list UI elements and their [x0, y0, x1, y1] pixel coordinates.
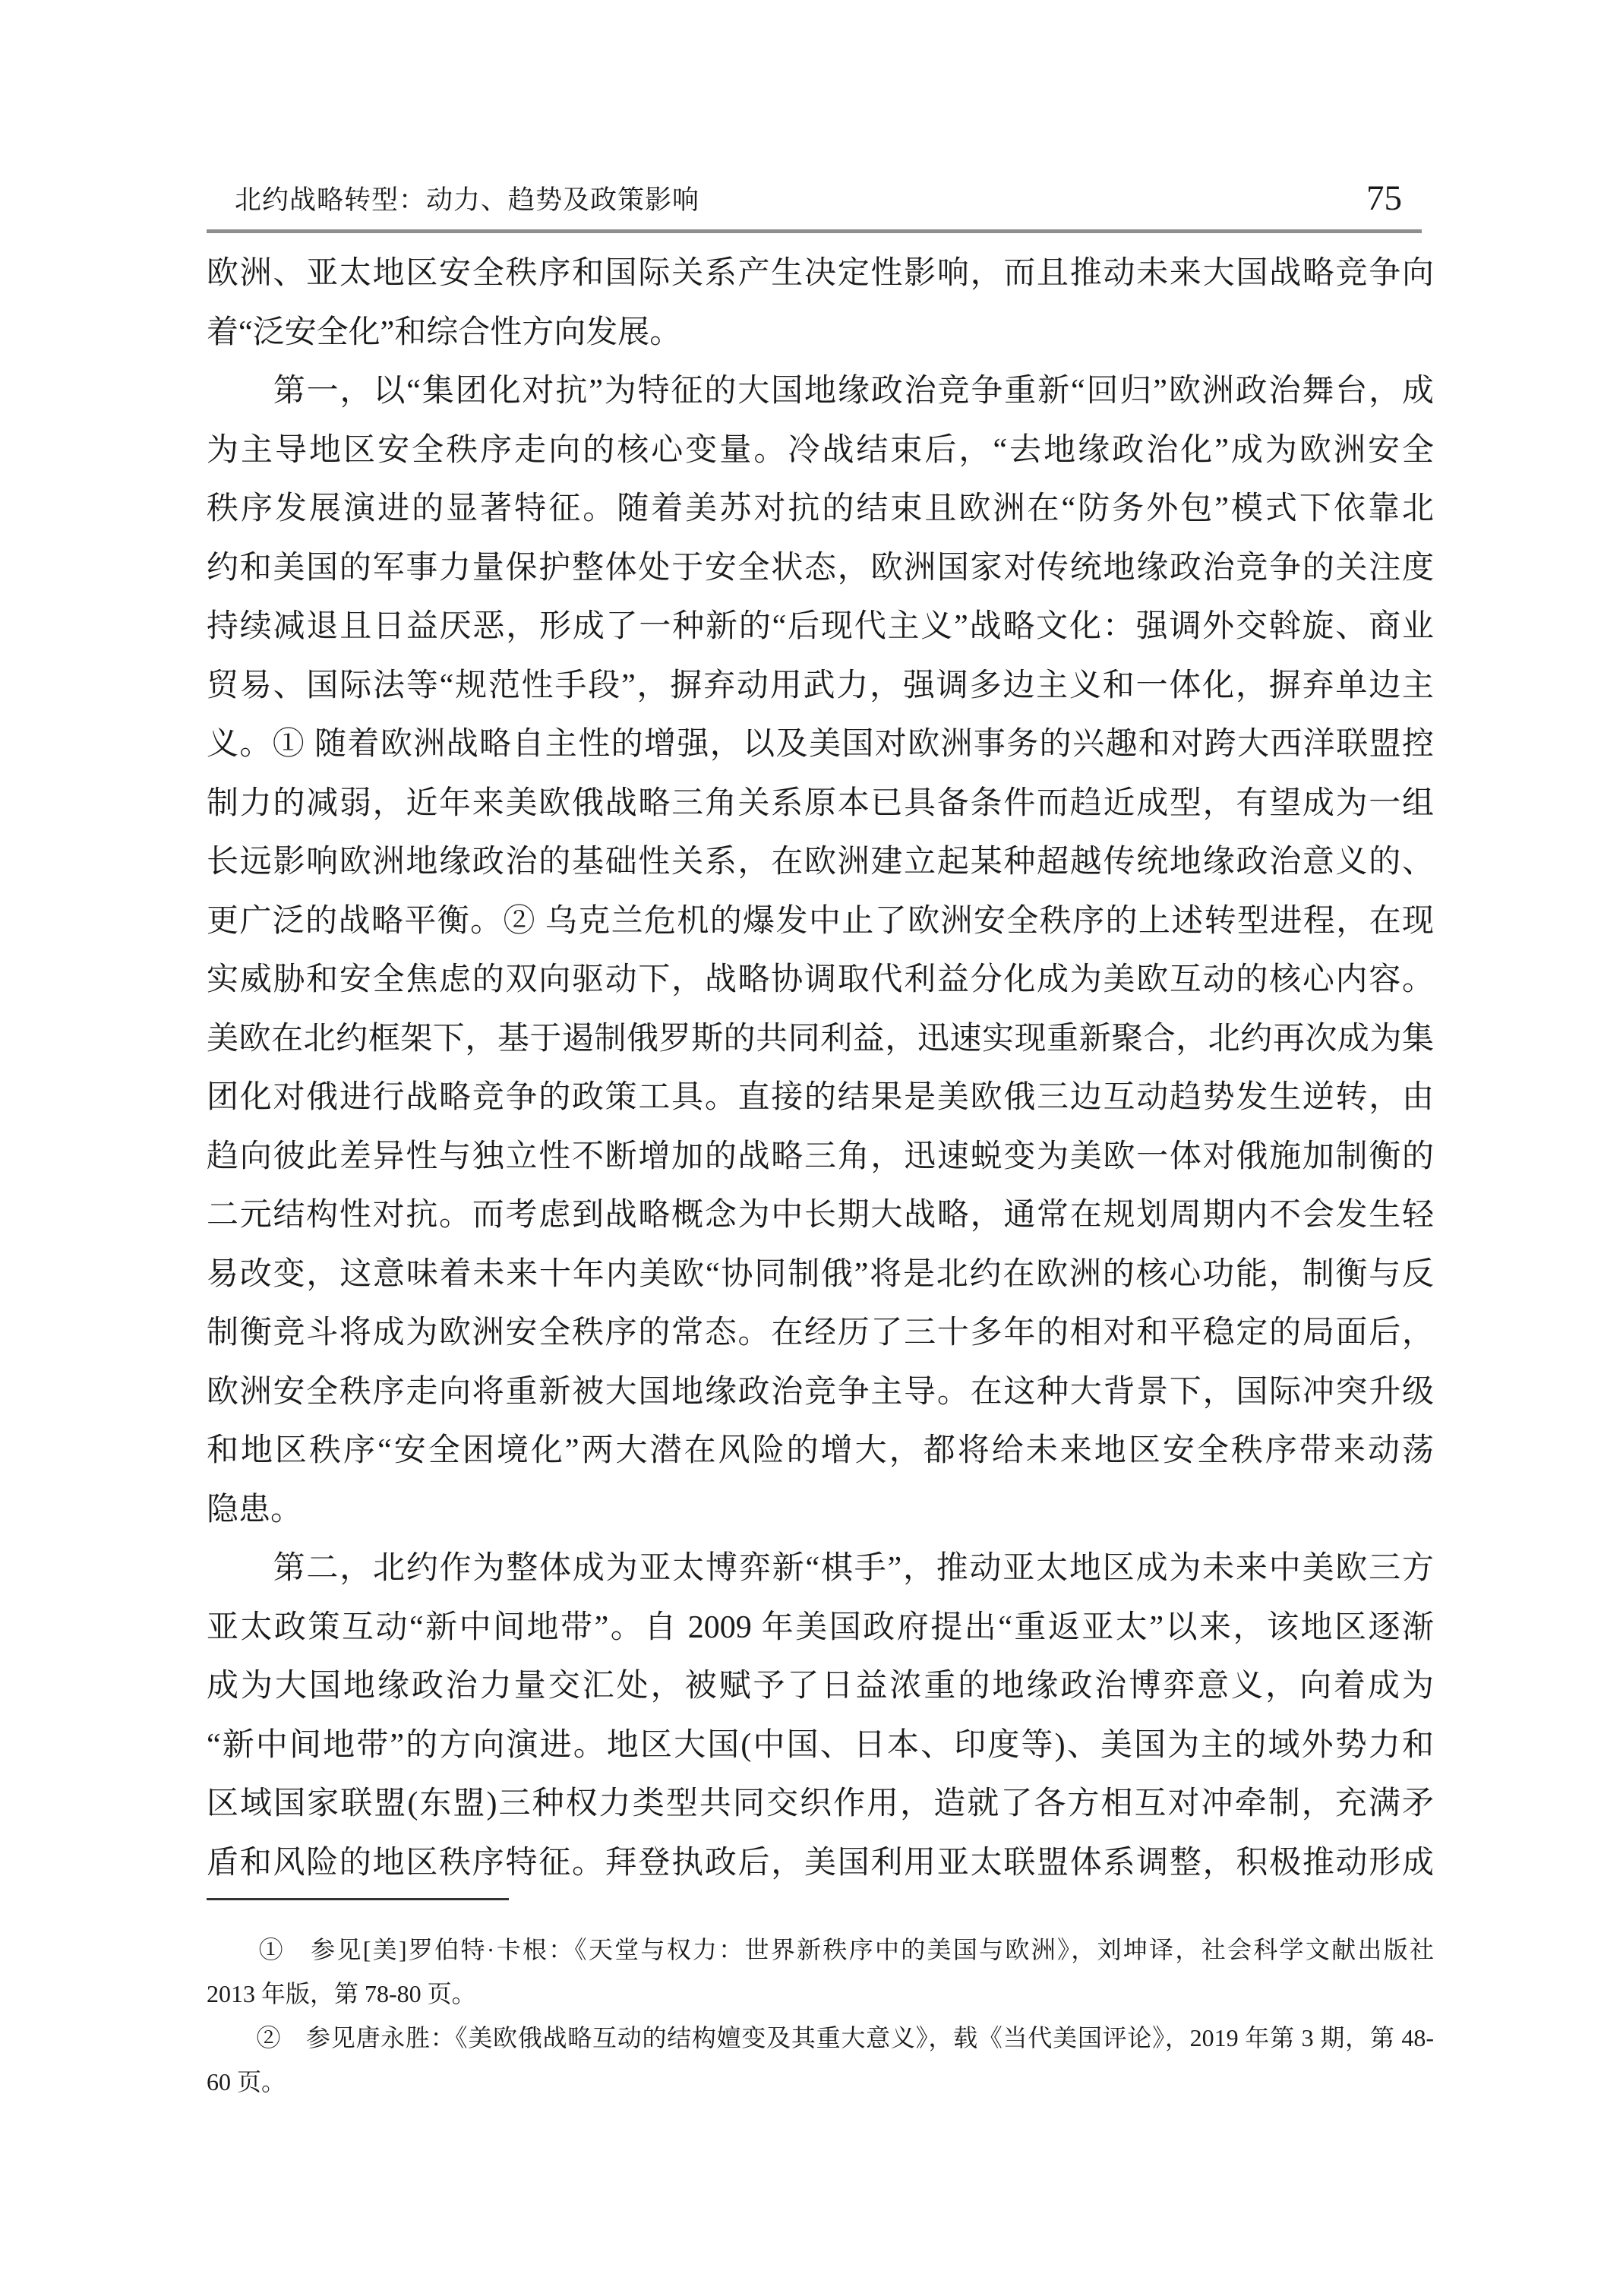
paragraph-line: 欧洲、亚太地区安全秩序和国际关系产生决定性影响，而且推动未来大国战略竞争向 — [207, 245, 1434, 304]
page-number: 75 — [1366, 181, 1434, 216]
paragraph-line: 趋向彼此差异性与独立性不断增加的战略三角，迅速蜕变为美欧一体对俄施加制衡的 — [207, 1128, 1434, 1187]
footnote-line: ① 参见[美]罗伯特·卡根：《天堂与权力：世界新秩序中的美国与欧洲》，刘坤译，社… — [207, 1928, 1434, 1972]
paragraph-line: 着“泛安全化”和综合性方向发展。 — [207, 304, 1434, 363]
paragraph-line: 团化对俄进行战略竞争的政策工具。直接的结果是美欧俄三边互动趋势发生逆转，由 — [207, 1069, 1434, 1128]
paragraph-line: 成为大国地缘政治力量交汇处，被赋予了日益浓重的地缘政治博弈意义，向着成为 — [207, 1657, 1434, 1716]
journal-page: 北约战略转型：动力、趋势及政策影响 75 欧洲、亚太地区安全秩序和国际关系产生决… — [0, 0, 1623, 2296]
paragraph-line: 盾和风险的地区秩序特征。拜登执政后，美国利用亚太联盟体系调整，积极推动形成 — [207, 1834, 1434, 1893]
paragraph-line: 贸易、国际法等“规范性手段”，摒弃动用武力，强调多边主义和一体化，摒弃单边主 — [207, 657, 1434, 716]
paragraph-line: 约和美国的军事力量保护整体处于安全状态，欧洲国家对传统地缘政治竞争的关注度 — [207, 539, 1434, 598]
paragraph-line: 区域国家联盟(东盟)三种权力类型共同交织作用，造就了各方相互对冲牵制，充满矛 — [207, 1775, 1434, 1834]
paragraph-line: 制力的减弱，近年来美欧俄战略三角关系原本已具备条件而趋近成型，有望成为一组 — [207, 775, 1434, 834]
footnote-line: 60 页。 — [207, 2060, 1434, 2104]
paragraph-line: 欧洲安全秩序走向将重新被大国地缘政治竞争主导。在这种大背景下，国际冲突升级 — [207, 1363, 1434, 1423]
body: 欧洲、亚太地区安全秩序和国际关系产生决定性影响，而且推动未来大国战略竞争向着“泛… — [207, 245, 1434, 1893]
paragraph-line: 美欧在北约框架下，基于遏制俄罗斯的共同利益，迅速实现重新聚合，北约再次成为集 — [207, 1010, 1434, 1069]
paragraph-line: 义。① 随着欧洲战略自主性的增强，以及美国对欧洲事务的兴趣和对跨大西洋联盟控 — [207, 715, 1434, 775]
footnote: ② 参见唐永胜：《美欧俄战略互动的结构嬗变及其重大意义》，载《当代美国评论》，2… — [207, 2016, 1434, 2104]
paragraph-line: 第二，北约作为整体成为亚太博弈新“棋手”，推动亚太地区成为未来中美欧三方 — [207, 1540, 1434, 1599]
paragraph: 第二，北约作为整体成为亚太博弈新“棋手”，推动亚太地区成为未来中美欧三方亚太政策… — [207, 1540, 1434, 1893]
paragraph-line: 和地区秩序“安全困境化”两大潜在风险的增大，都将给未来地区安全秩序带来动荡 — [207, 1422, 1434, 1481]
paragraph: 第一，以“集团化对抗”为特征的大国地缘政治竞争重新“回归”欧洲政治舞台，成为主导… — [207, 362, 1434, 1540]
paragraph-line: 更广泛的战略平衡。② 乌克兰危机的爆发中止了欧洲安全秩序的上述转型进程，在现 — [207, 892, 1434, 952]
paragraph-line: 制衡竞斗将成为欧洲安全秩序的常态。在经历了三十多年的相对和平稳定的局面后， — [207, 1304, 1434, 1363]
paragraph-line: 持续减退且日益厌恶，形成了一种新的“后现代主义”战略文化：强调外交斡旋、商业 — [207, 598, 1434, 657]
paragraph-line: 秩序发展演进的显著特征。随着美苏对抗的结束且欧洲在“防务外包”模式下依靠北 — [207, 480, 1434, 539]
footnotes-list: ① 参见[美]罗伯特·卡根：《天堂与权力：世界新秩序中的美国与欧洲》，刘坤译，社… — [207, 1928, 1434, 2104]
paragraph-line: 二元结构性对抗。而考虑到战略概念为中长期大战略，通常在规划周期内不会发生轻 — [207, 1186, 1434, 1246]
paragraph-line: 实威胁和安全焦虑的双向驱动下，战略协调取代利益分化成为美欧互动的核心内容。 — [207, 951, 1434, 1010]
footnote-line: ② 参见唐永胜：《美欧俄战略互动的结构嬗变及其重大意义》，载《当代美国评论》，2… — [207, 2016, 1434, 2060]
footnote-separator — [207, 1898, 509, 1900]
running-title: 北约战略转型：动力、趋势及政策影响 — [207, 181, 699, 220]
paragraph-line: 易改变，这意味着未来十年内美欧“协同制俄”将是北约在欧洲的核心功能，制衡与反 — [207, 1246, 1434, 1305]
footnote: ① 参见[美]罗伯特·卡根：《天堂与权力：世界新秩序中的美国与欧洲》，刘坤译，社… — [207, 1928, 1434, 2016]
running-header: 北约战略转型：动力、趋势及政策影响 75 — [207, 181, 1434, 220]
footnote-line: 2013 年版，第 78-80 页。 — [207, 1972, 1434, 2016]
paragraph-line: “新中间地带”的方向演进。地区大国(中国、日本、印度等)、美国为主的域外势力和 — [207, 1716, 1434, 1776]
paragraph-line: 长远影响欧洲地缘政治的基础性关系，在欧洲建立起某种超越传统地缘政治意义的、 — [207, 833, 1434, 892]
paragraph: 欧洲、亚太地区安全秩序和国际关系产生决定性影响，而且推动未来大国战略竞争向着“泛… — [207, 245, 1434, 362]
paragraph-line: 第一，以“集团化对抗”为特征的大国地缘政治竞争重新“回归”欧洲政治舞台，成 — [207, 362, 1434, 422]
paragraph-line: 隐患。 — [207, 1481, 1434, 1540]
paragraph-line: 亚太政策互动“新中间地带”。自 2009 年美国政府提出“重返亚太”以来，该地区… — [207, 1599, 1434, 1658]
paragraph-line: 为主导地区安全秩序走向的核心变量。冷战结束后，“去地缘政治化”成为欧洲安全 — [207, 422, 1434, 481]
header-rule — [207, 229, 1422, 233]
